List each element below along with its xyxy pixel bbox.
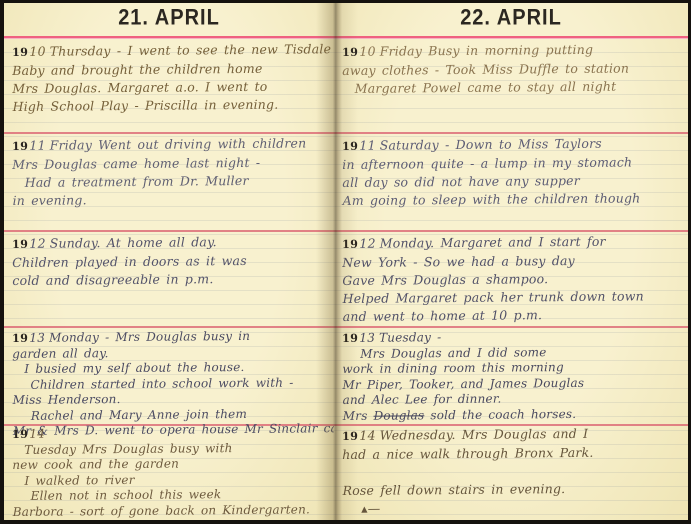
entry-line: Am going to sleep with the children thou… — [342, 189, 684, 210]
entry-year: 1911 — [12, 138, 46, 153]
year-printed-prefix: 19 — [12, 428, 28, 441]
entry-line: Barbora - sort of gone back on Kindergar… — [13, 502, 331, 520]
diary-entry-1912: 1912Sunday. At home all day.Children pla… — [12, 232, 330, 290]
entry-year: 1913 — [12, 331, 45, 345]
entry-year: 1912 — [342, 236, 376, 251]
diary-spread: 21. APRIL 1910Thursday - I went to see t… — [4, 3, 688, 520]
header-rule — [4, 36, 334, 40]
entry-line: Margaret Powel came to stay all night — [342, 77, 684, 98]
entry-line: 1911Friday Went out driving with childre… — [12, 134, 330, 156]
entry-line: High School Play - Priscilla in evening. — [12, 95, 330, 116]
diary-entry-1912: 1912Monday. Margaret and I start forNew … — [342, 232, 685, 326]
year-handwritten-digits: 11 — [29, 138, 45, 153]
year-printed-prefix: 19 — [342, 238, 358, 251]
year-printed-prefix: 19 — [12, 46, 28, 59]
entry-year: 1913 — [342, 331, 375, 345]
diary-page-right: 22. APRIL 1910Friday Busy in morning put… — [334, 3, 688, 520]
page-header-date: 22. APRIL — [334, 6, 688, 32]
year-handwritten-digits: 10 — [29, 44, 45, 59]
entry-line: Mrs Douglas sold the coach horses. — [343, 406, 685, 424]
diary-entry-1914: 1914Wednesday. Mrs Douglas and Ihad a ni… — [342, 424, 685, 518]
diary-entry-1910: 1910Thursday - I went to see the new Tis… — [12, 40, 331, 116]
entry-line: ▴— — [343, 497, 685, 518]
struck-through-text: Douglas — [373, 408, 424, 422]
entry-year: 1912 — [12, 236, 46, 251]
header-rule — [334, 36, 688, 40]
entry-line: Helped Margaret pack her trunk down town — [342, 287, 684, 308]
entry-year: 1910 — [342, 44, 376, 59]
entry-year: 1911 — [342, 138, 376, 153]
entry-year: 1914 — [12, 427, 45, 441]
diary-entry-1911: 1911Saturday - Down to Miss Taylorsin af… — [342, 134, 685, 210]
year-handwritten-digits: 13 — [29, 331, 45, 345]
year-handwritten-digits: 13 — [359, 331, 375, 345]
diary-entry-1913: 1913Monday - Mrs Douglas busy ingarden a… — [12, 328, 331, 439]
entry-line: cold and disagreeable in p.m. — [12, 269, 330, 290]
year-printed-prefix: 19 — [12, 140, 28, 153]
entry-year: 1910 — [12, 44, 46, 59]
diary-entry-1913: 1913Tuesday - Mrs Douglas and I did some… — [342, 328, 685, 424]
year-printed-prefix: 19 — [12, 332, 28, 345]
entry-line: 1910Thursday - I went to see the new Tis… — [12, 40, 330, 62]
year-handwritten-digits: 14 — [29, 427, 45, 441]
year-printed-prefix: 19 — [342, 46, 358, 59]
page-header-date: 21. APRIL — [4, 6, 334, 32]
year-handwritten-digits: 12 — [29, 236, 45, 251]
diary-page-left: 21. APRIL 1910Thursday - I went to see t… — [4, 3, 334, 520]
entry-year: 1914 — [342, 428, 376, 443]
scan-frame: 21. APRIL 1910Thursday - I went to see t… — [0, 0, 691, 524]
year-handwritten-digits: 14 — [359, 428, 375, 443]
diary-entry-1911: 1911Friday Went out driving with childre… — [12, 134, 331, 210]
entry-line: in evening. — [12, 189, 330, 210]
entry-line: and went to home at 10 p.m. — [343, 305, 685, 326]
year-handwritten-digits: 12 — [359, 236, 375, 251]
year-printed-prefix: 19 — [342, 332, 358, 345]
year-handwritten-digits: 10 — [359, 44, 375, 59]
diary-entry-1914: 1914 Tuesday Mrs Douglas busy withnew co… — [12, 424, 331, 520]
year-handwritten-digits: 11 — [359, 138, 375, 153]
year-printed-prefix: 19 — [12, 238, 28, 251]
year-printed-prefix: 19 — [342, 140, 358, 153]
year-printed-prefix: 19 — [342, 430, 358, 443]
entry-line: Children started into school work with - — [12, 375, 330, 393]
diary-entry-1910: 1910Friday Busy in morning puttingaway c… — [342, 40, 684, 98]
